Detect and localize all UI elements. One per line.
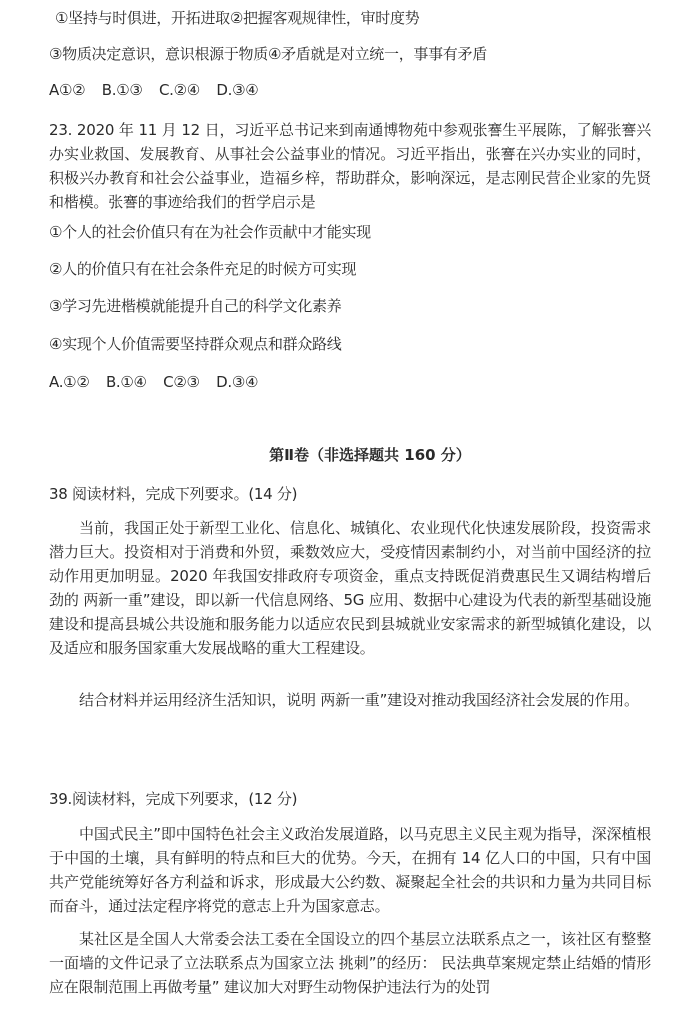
q22-option-a: A①② [49,81,85,99]
q22-statements-1-2: ①坚持与时俱进，开拓进取②把握客观规律性，审时度势 [55,8,419,28]
q22-option-d: D.③④ [216,81,258,99]
q38-header: 38 阅读材料，完成下列要求。(14 分) [49,484,297,504]
q23-option-a: A.①② [49,373,89,391]
q23-stem: 23. 2020 年 11 月 12 日，习近平总书记来到南通博物苑中参观张謇生… [49,118,651,214]
q23-option-c: C②③ [163,373,199,391]
q38-material: 当前，我国正处于新型工业化、信息化、城镇化、农业现代化快速发展阶段，投资需求潜力… [49,516,651,660]
q38-question: 结合材料并运用经济生活知识，说明 两新一重”建设对推动我国经济社会发展的作用。 [49,688,651,712]
q23-statement-2: ②人的价值只有在社会条件充足的时候方可实现 [49,259,356,279]
q39-material-2: 某社区是全国人大常委会法工委在全国设立的四个基层立法联系点之一，该社区有整整一面… [49,927,651,999]
q23-option-d: D.③④ [216,373,258,391]
q39-material-1: 中国式民主”即中国特色社会主义政治发展道路，以马克思主义民主观为指导，深深植根于… [49,822,651,918]
q22-statements-3-4: ③物质决定意识，意识根源于物质④矛盾就是对立统一，事事有矛盾 [49,44,487,64]
section-2-title: 第Ⅱ卷（非选择题共 160 分） [28,445,684,465]
q23-statement-3: ③学习先进楷模就能提升自己的科学文化素养 [49,296,341,316]
q22-options: A①② B.①③ C.②④ D.③④ [49,80,270,100]
q23-options: A.①② B.①④ C②③ D.③④ [49,372,270,392]
q22-option-b: B.①③ [102,81,143,99]
q23-option-b: B.①④ [106,373,147,391]
q23-statement-4: ④实现个人价值需要坚持群众观点和群众路线 [49,334,341,354]
q22-option-c: C.②④ [159,81,200,99]
q23-statement-1: ①个人的社会价值只有在为社会作贡献中才能实现 [49,222,371,242]
q39-header: 39.阅读材料，完成下列要求，(12 分) [49,789,297,809]
